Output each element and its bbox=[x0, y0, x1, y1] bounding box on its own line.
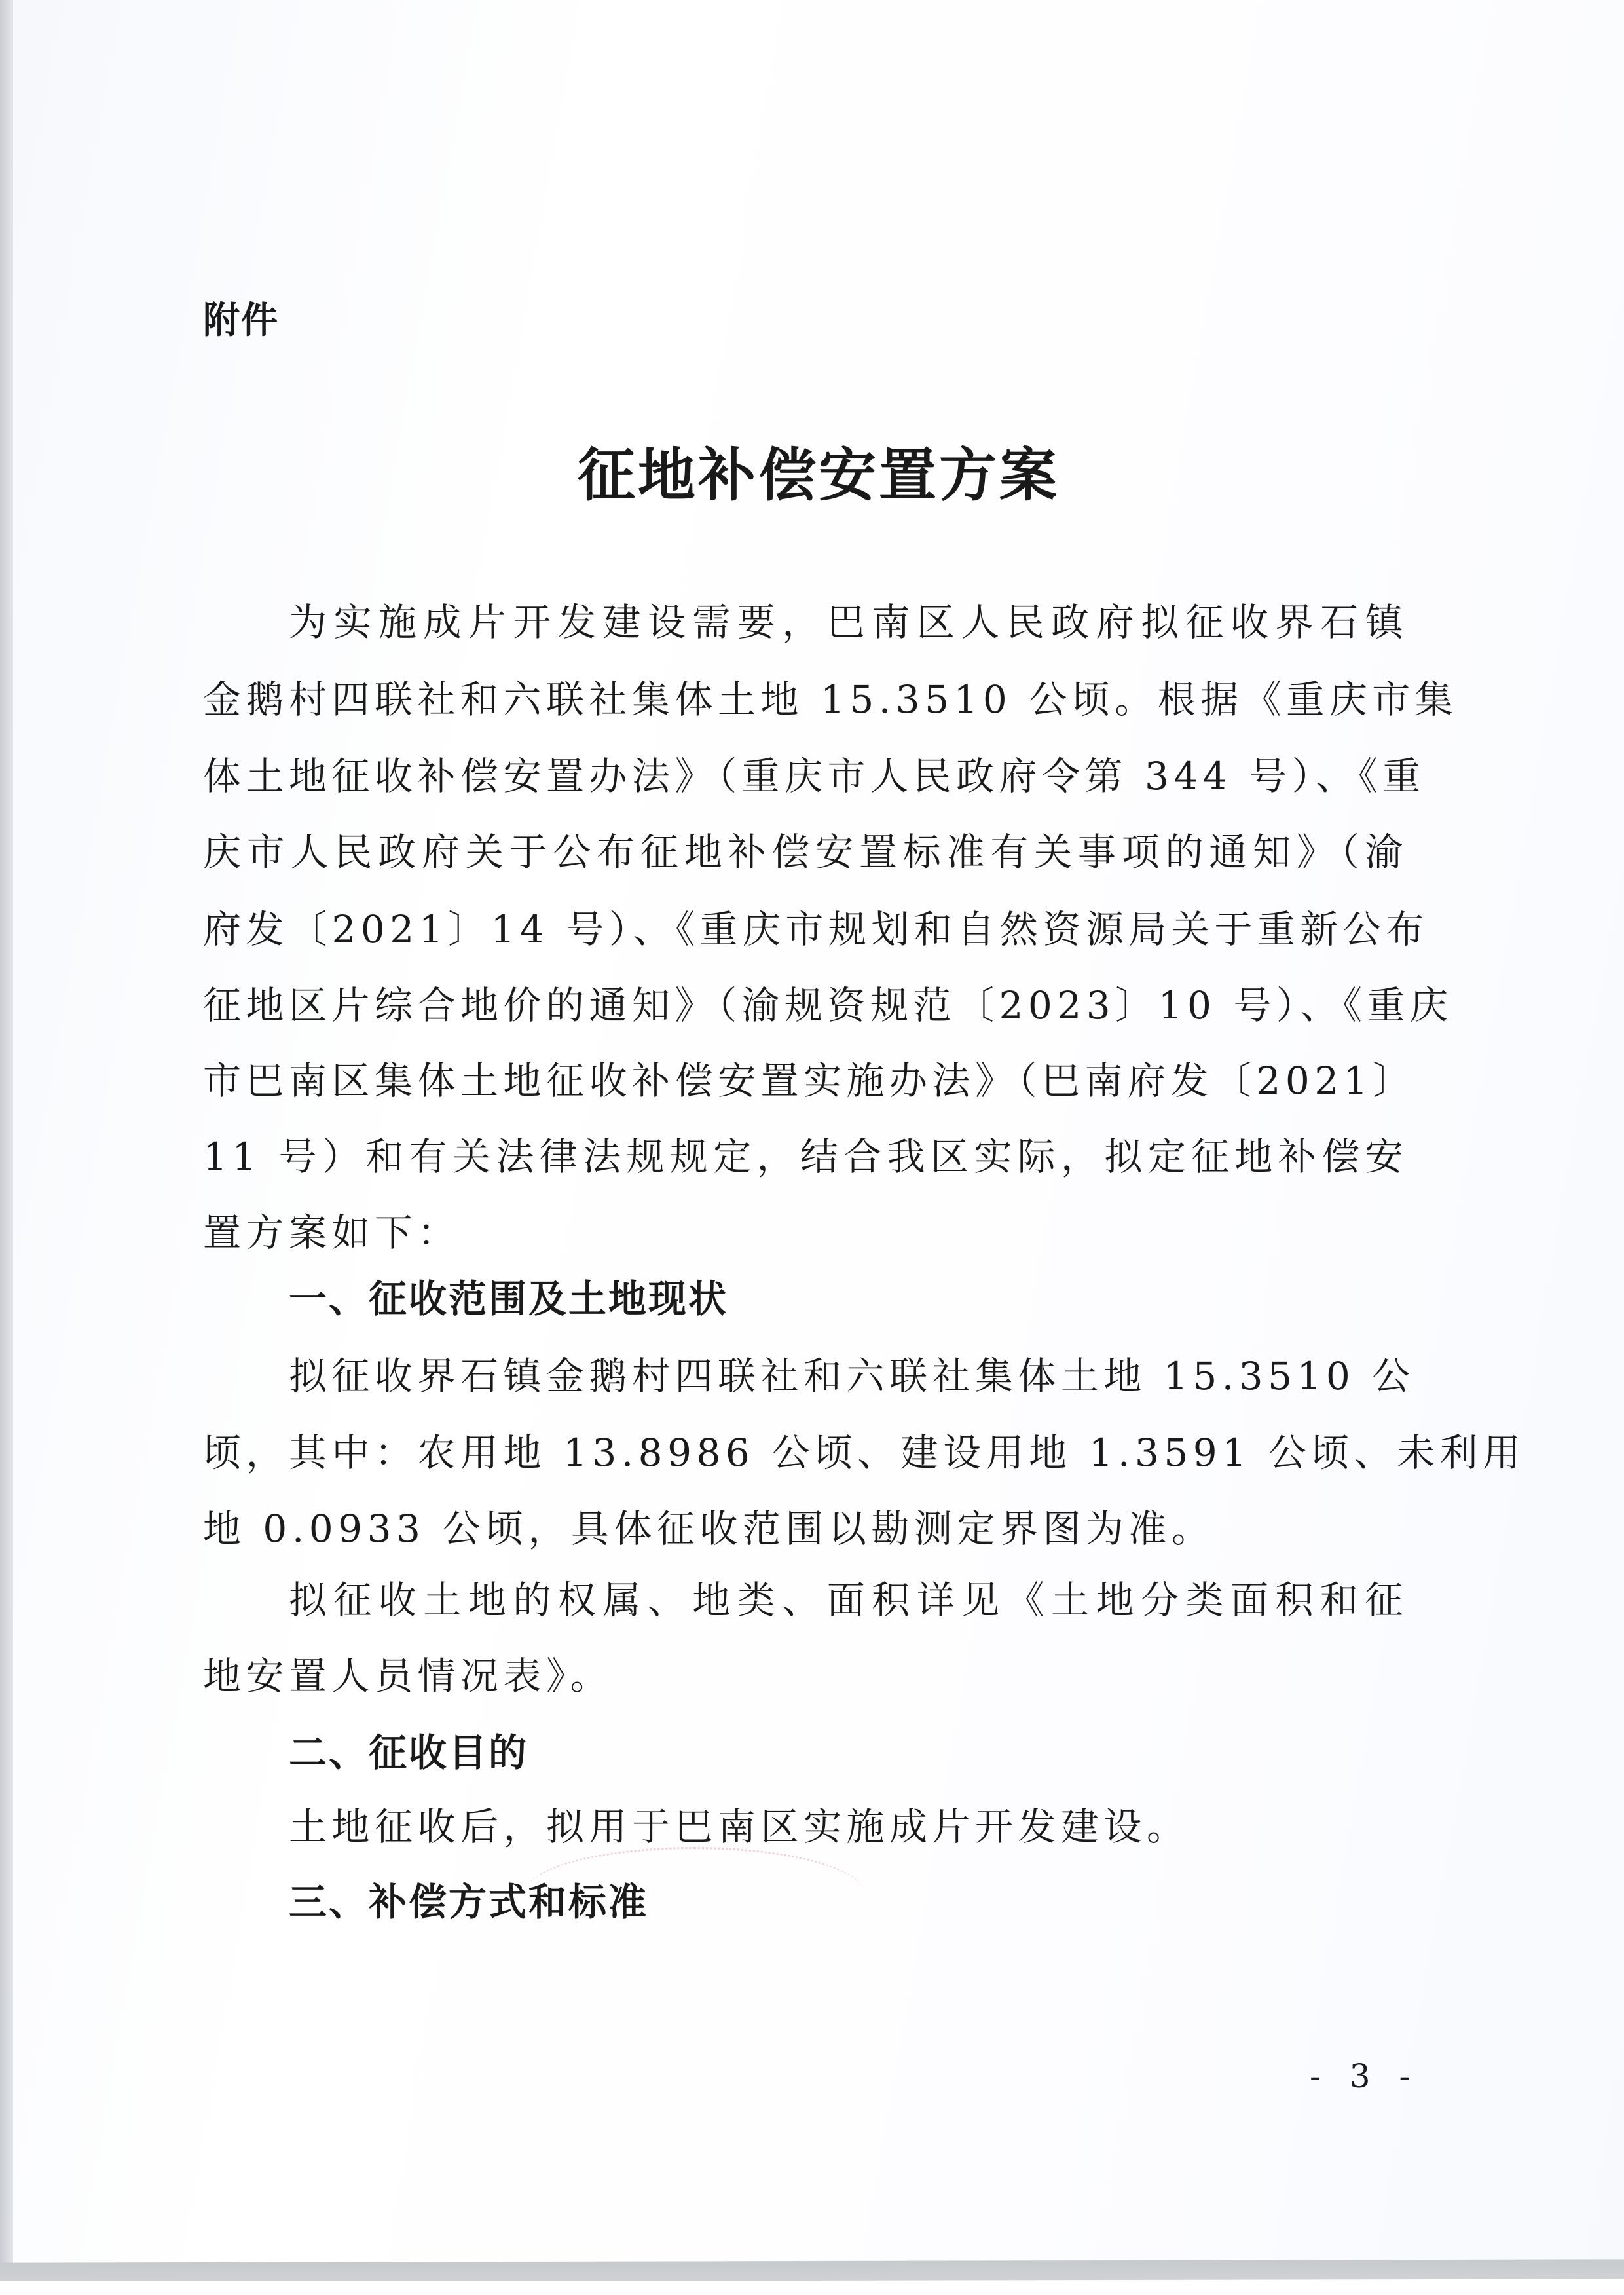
section1-para2-line-2: 地安置人员情况表》。 bbox=[203, 1653, 613, 1699]
section2-para1-line-1: 土地征收后，拟用于巴南区实施成片开发建设。 bbox=[289, 1804, 1190, 1850]
section1-para1-line-3: 地 0.0933 公顷，具体征收范围以勘测定界图为准。 bbox=[203, 1506, 1214, 1552]
intro-line-6: 征地区片综合地价的通知》（渝规资规范〔2023〕10 号）、《重庆 bbox=[203, 982, 1408, 1028]
intro-line-8: 11 号）和有关法律法规规定，结合我区实际，拟定征地补偿安 bbox=[203, 1134, 1408, 1180]
scan-edge-left bbox=[0, 0, 13, 2263]
section-heading-2: 二、征收目的 bbox=[289, 1730, 528, 1776]
page-number: - 3 - bbox=[1310, 2057, 1419, 2096]
intro-line-2: 金鹅村四联社和六联社集体土地 15.3510 公顷。根据《重庆市集 bbox=[203, 677, 1408, 722]
intro-line-5: 府发〔2021〕14 号）、《重庆市规划和自然资源局关于重新公布 bbox=[203, 906, 1408, 952]
intro-line-1: 为实施成片开发建设需要，巴南区人民政府拟征收界石镇 bbox=[289, 599, 1408, 645]
intro-line-9: 置方案如下： bbox=[203, 1210, 460, 1256]
intro-line-4: 庆市人民政府关于公布征地补偿安置标准有关事项的通知》（渝 bbox=[203, 829, 1408, 875]
section-heading-1: 一、征收范围及土地现状 bbox=[289, 1276, 728, 1322]
section-heading-3: 三、补偿方式和标准 bbox=[289, 1879, 648, 1925]
section1-para1-line-1: 拟征收界石镇金鹅村四联社和六联社集体土地 15.3510 公 bbox=[289, 1353, 1408, 1399]
section1-para2-line-1: 拟征收土地的权属、地类、面积详见《土地分类面积和征 bbox=[289, 1577, 1408, 1623]
section1-para1-line-2: 顷，其中：农用地 13.8986 公顷、建设用地 1.3591 公顷、未利用 bbox=[203, 1430, 1408, 1476]
intro-line-3: 体土地征收补偿安置办法》（重庆市人民政府令第 344 号）、《重 bbox=[203, 753, 1408, 799]
scan-margin-bottom bbox=[0, 2281, 1624, 2295]
intro-line-7: 市巴南区集体土地征收补偿安置实施办法》（巴南府发〔2021〕 bbox=[203, 1058, 1408, 1104]
attachment-label: 附件 bbox=[203, 298, 279, 344]
document-title: 征地补偿安置方案 bbox=[0, 442, 1624, 508]
scan-edge-bottom bbox=[0, 2259, 1624, 2282]
